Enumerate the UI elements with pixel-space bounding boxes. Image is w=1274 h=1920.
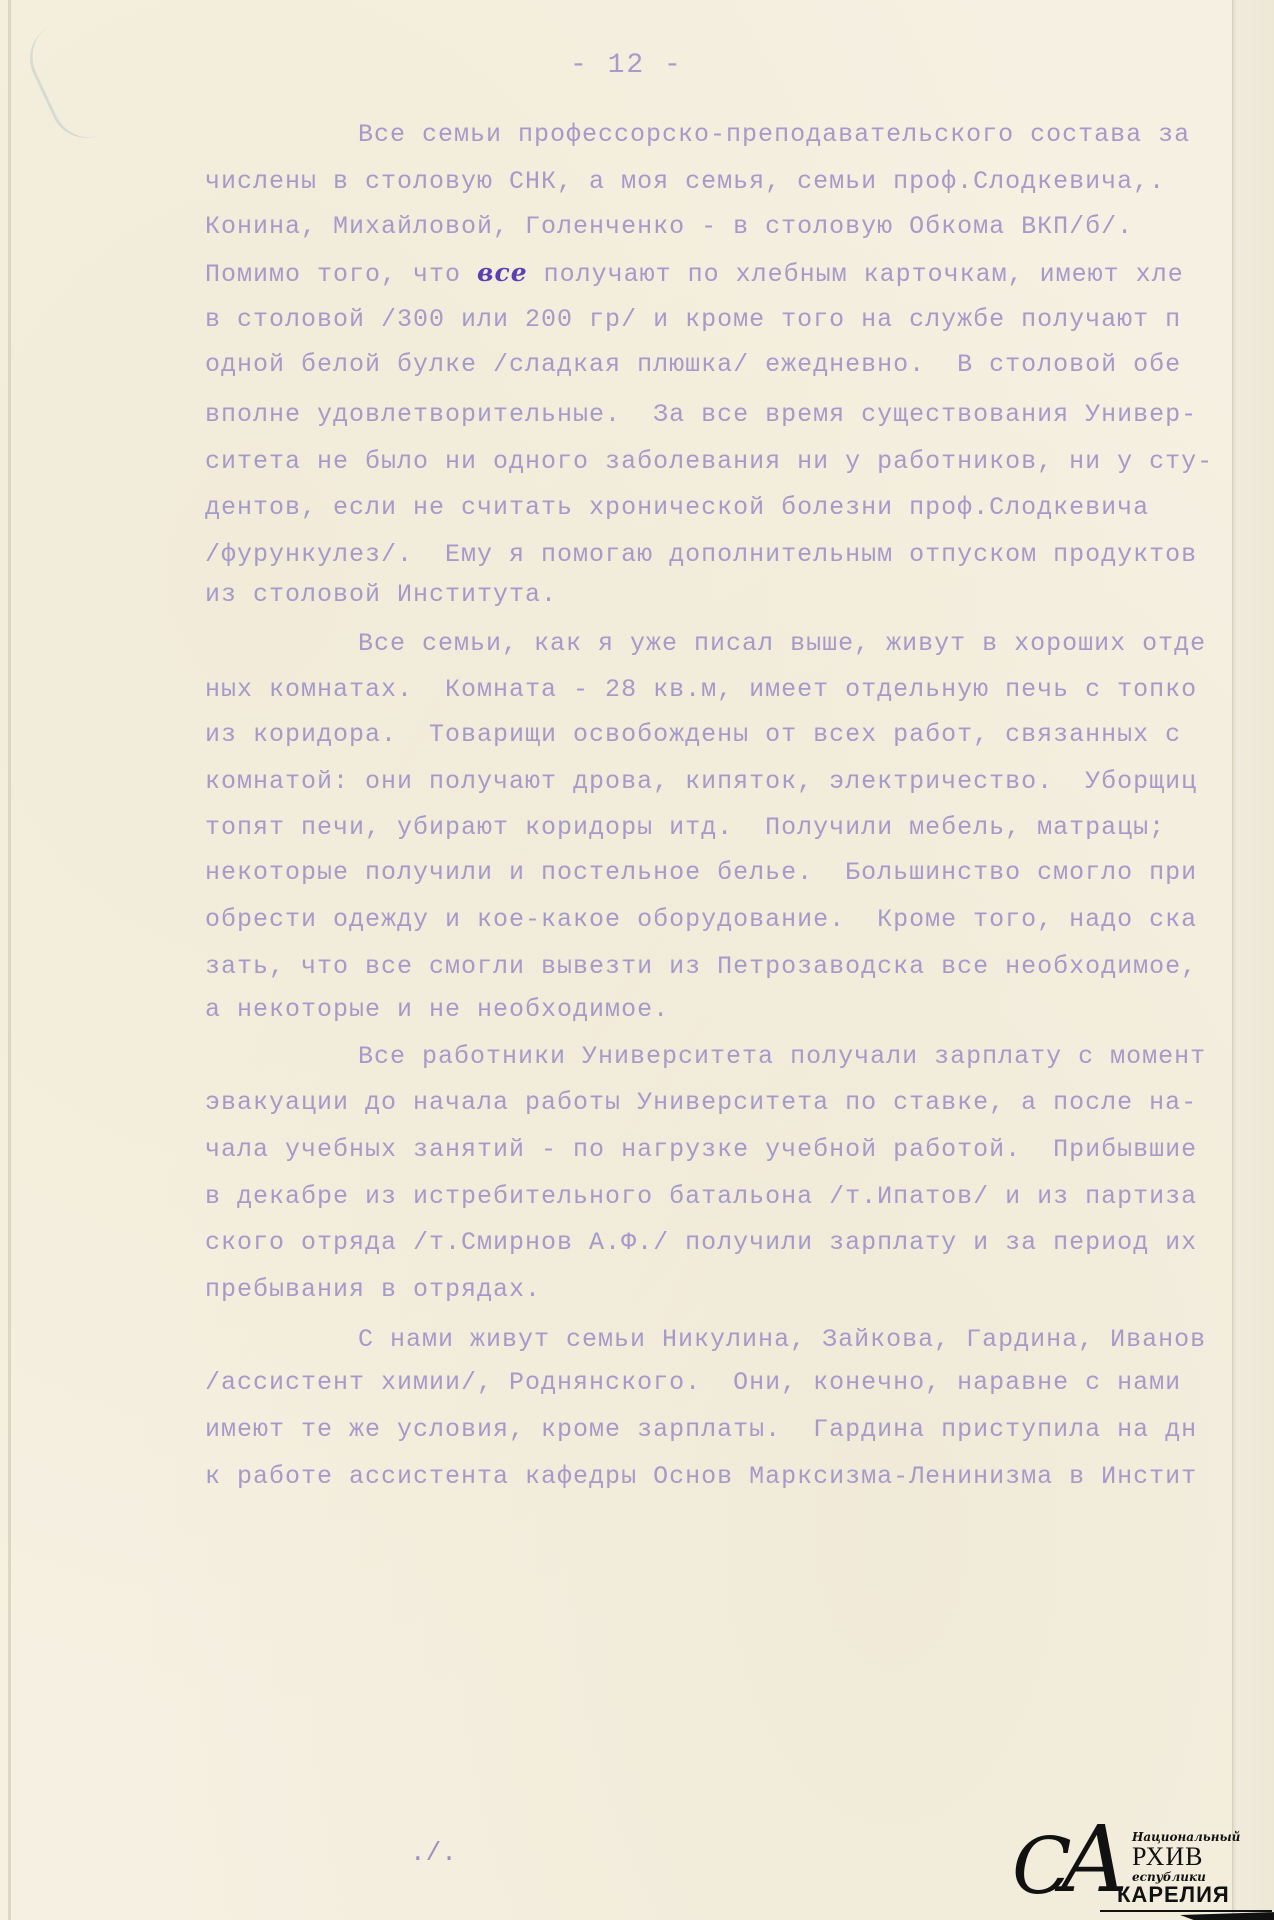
text-line: зать, что все смогли вывезти из Петрозав… — [205, 952, 1197, 981]
pencil-mark — [18, 10, 135, 150]
text-line: к работе ассистента кафедры Основ Маркси… — [205, 1462, 1197, 1491]
text-line: одной белой булке /сладкая плюшка/ ежедн… — [205, 350, 1181, 379]
text-line: Конина, Михайловой, Голенченко - в столо… — [205, 212, 1133, 241]
text-line: дентов, если не считать хронической боле… — [205, 493, 1149, 522]
text-line: из столовой Института. — [205, 580, 557, 609]
text-line: обрести одежду и кое-какое оборудование.… — [205, 905, 1197, 934]
text-line: /фурункулез/. Ему я помогаю дополнительн… — [205, 540, 1197, 569]
text-line: топят печи, убирают коридоры итд. Получи… — [205, 813, 1165, 842]
text-line: Все семьи, как я уже писал выше, живут в… — [358, 629, 1206, 658]
logo-rule — [1100, 1910, 1272, 1912]
archive-logo: С А Национальный РХИВ еспублики КАРЕЛИЯ — [1012, 1818, 1274, 1920]
text-line: С нами живут семьи Никулина, Зайкова, Га… — [358, 1325, 1206, 1354]
text-line: Помимо того, что все получают по хлебным… — [205, 258, 1184, 289]
logo-text-karelia: КАРЕЛИЯ — [1117, 1882, 1230, 1908]
page-fold — [1232, 0, 1274, 1920]
document-page: - 12 - Все семьи профессорско-преподават… — [0, 0, 1274, 1920]
text-line: ных комнатах. Комната - 28 кв.м, имеет о… — [205, 675, 1197, 704]
text-line: /ассистент химии/, Роднянского. Они, кон… — [205, 1368, 1181, 1397]
page-number: - 12 - — [570, 50, 683, 81]
quill-icon — [1180, 1912, 1274, 1920]
text-line: числены в столовую СНК, а моя семья, сем… — [205, 167, 1165, 196]
text-line: ситета не было ни одного заболевания ни … — [205, 447, 1213, 476]
text-line: пребывания в отрядах. — [205, 1275, 541, 1304]
text-line: Все семьи профессорско-преподавательског… — [358, 120, 1190, 149]
text-line: Все работники Университета получали зарп… — [358, 1042, 1206, 1071]
text-line: в декабре из истребительного батальона /… — [205, 1182, 1197, 1211]
text-line: некоторые получили и постельное белье. Б… — [205, 858, 1197, 887]
text-line: в столовой /300 или 200 гр/ и кроме того… — [205, 305, 1181, 334]
typed-text: Помимо того, что — [205, 260, 477, 289]
page-edge — [8, 0, 11, 1920]
typed-text: получают по хлебным карточкам, имеют хле — [528, 260, 1184, 289]
handwritten-insertion: все — [477, 258, 528, 287]
text-line: вполне удовлетворительные. За все время … — [205, 400, 1197, 429]
text-line: чала учебных занятий - по нагрузке учебн… — [205, 1135, 1197, 1164]
logo-text-archive: РХИВ — [1132, 1842, 1204, 1872]
continuation-mark: ./. — [410, 1838, 457, 1868]
text-line: ского отряда /т.Смирнов А.Ф./ получили з… — [205, 1228, 1197, 1257]
text-line: а некоторые и не необходимое. — [205, 995, 669, 1024]
text-line: имеют те же условия, кроме зарплаты. Гар… — [205, 1415, 1197, 1444]
text-line: из коридора. Товарищи освобождены от все… — [205, 720, 1181, 749]
text-line: эвакуации до начала работы Университета … — [205, 1088, 1197, 1117]
text-line: комнатой: они получают дрова, кипяток, э… — [205, 767, 1197, 796]
